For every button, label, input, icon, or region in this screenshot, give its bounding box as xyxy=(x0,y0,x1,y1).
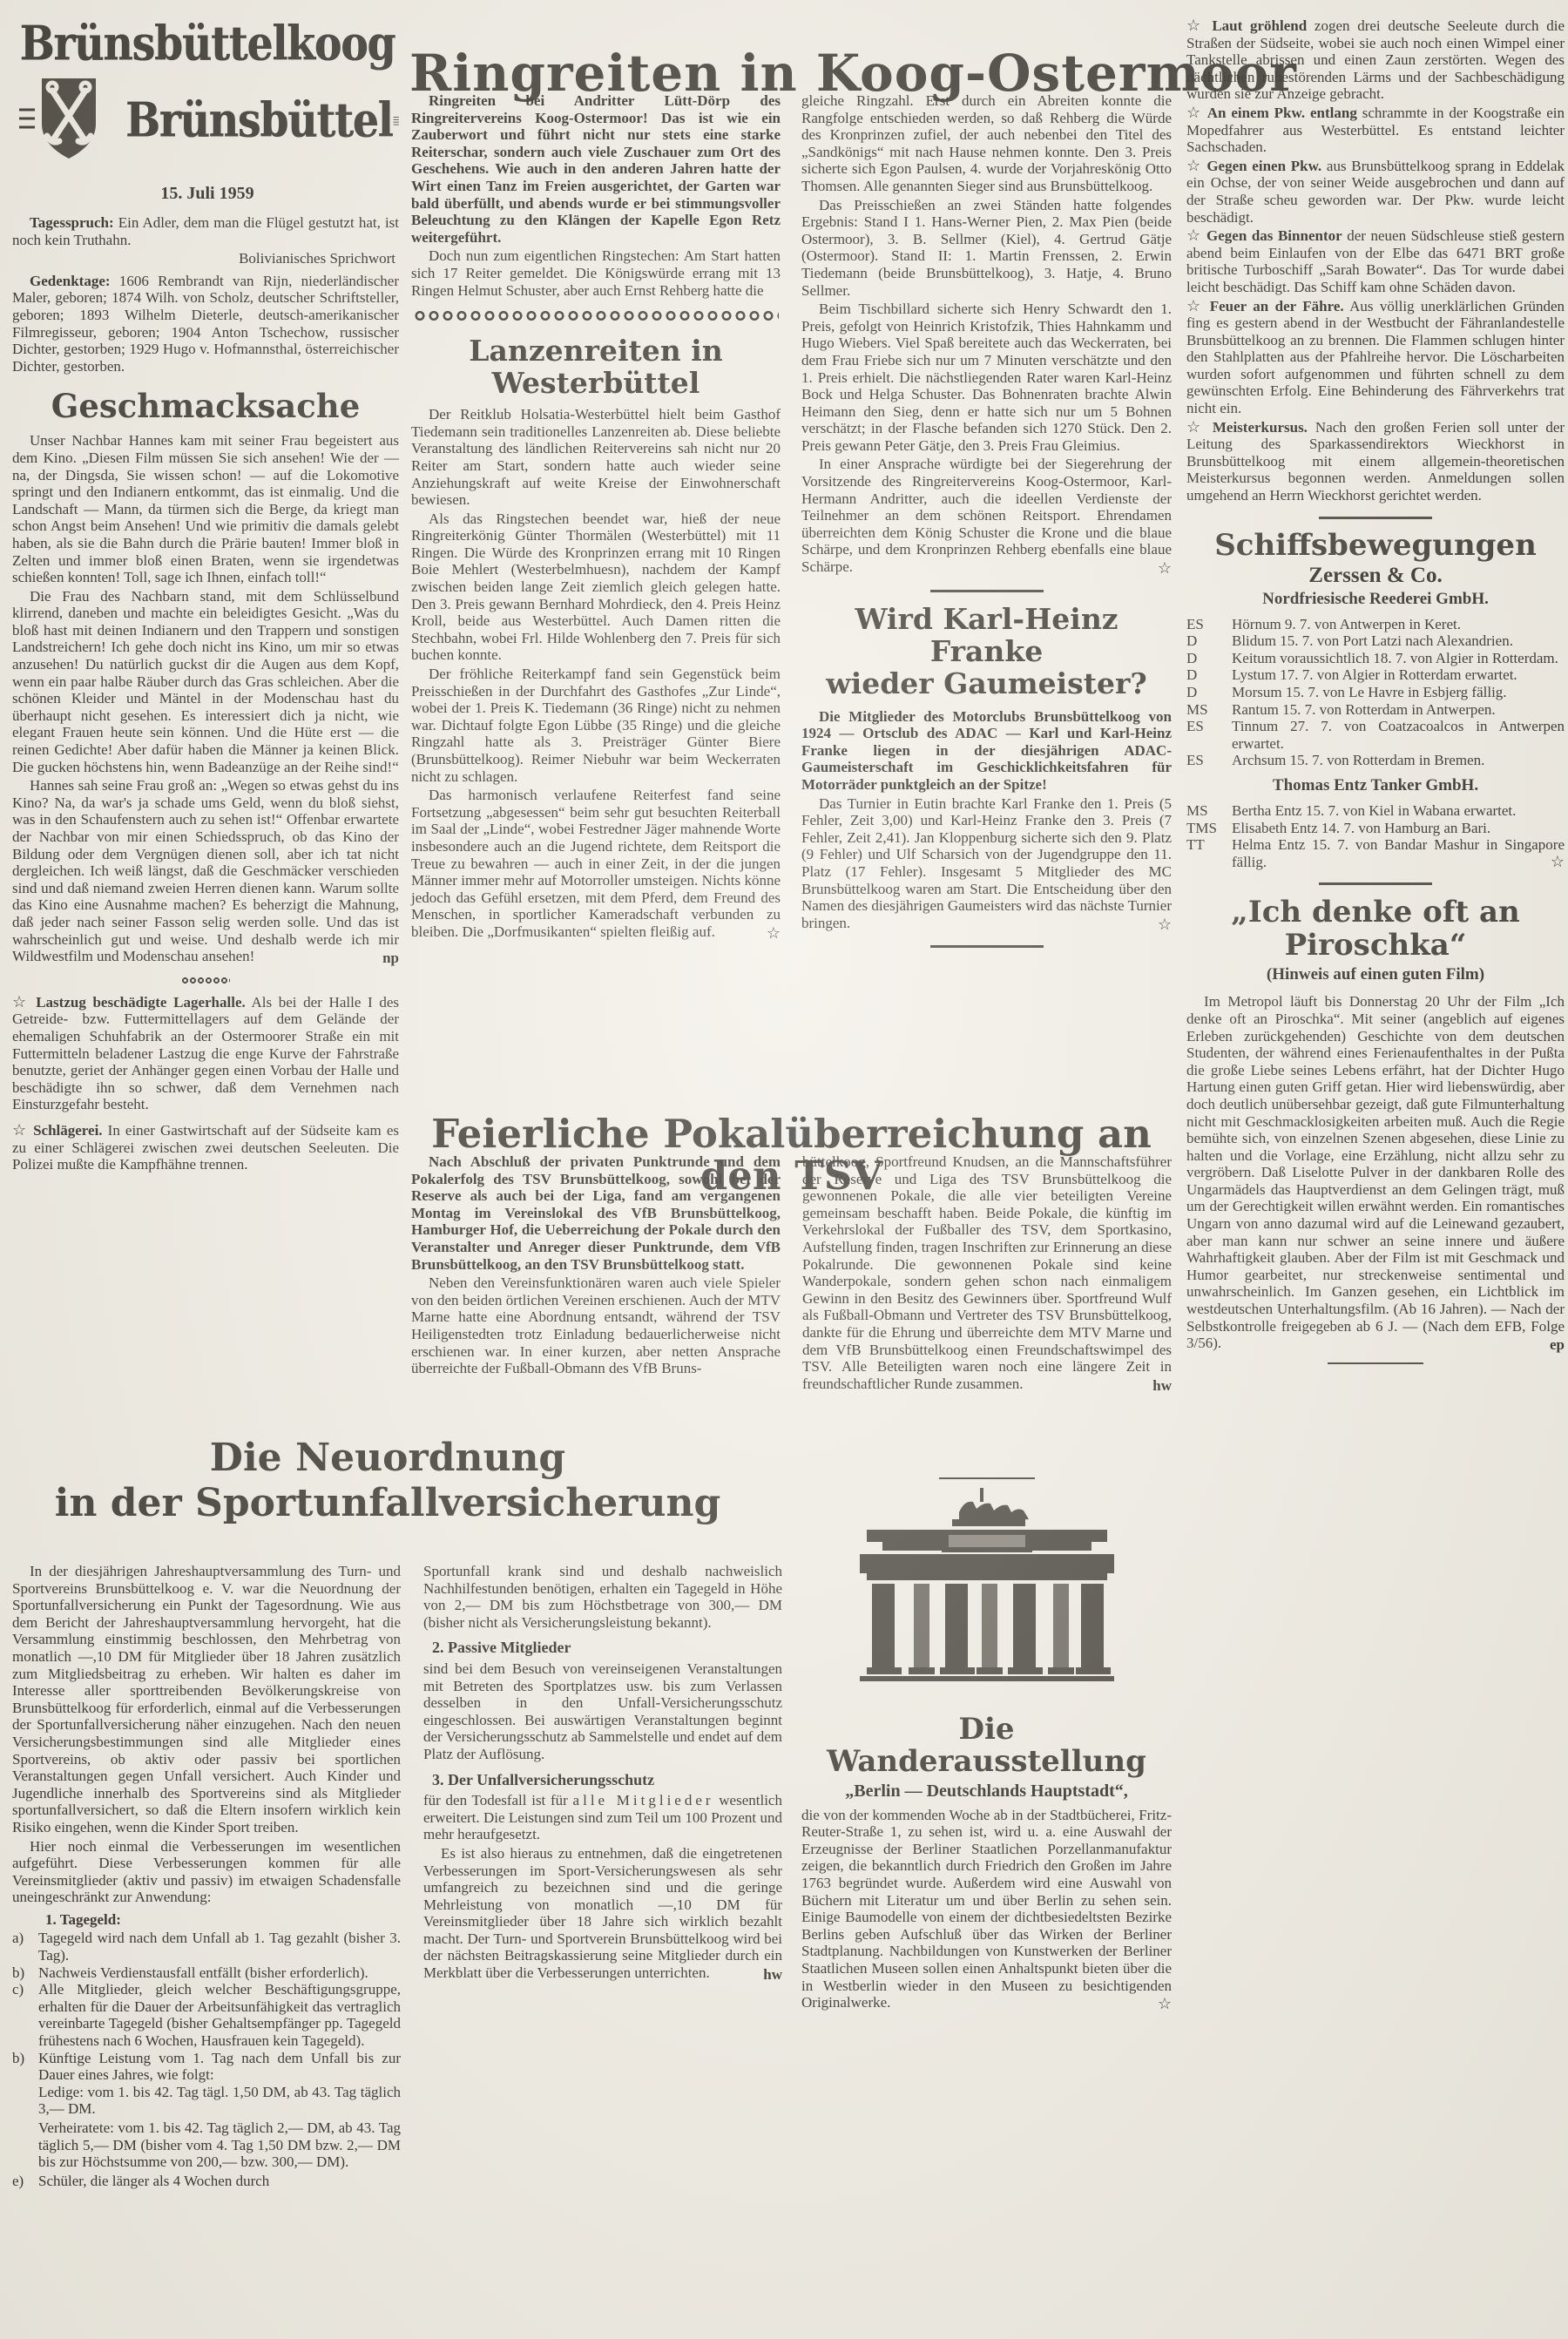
ship-movement: Rantum 15. 7. von Rotterdam in Antwerpen… xyxy=(1232,701,1565,719)
ship-type: ES xyxy=(1186,752,1232,769)
brief-lastzug-lead: Lastzug beschädigte Lagerhalle. xyxy=(36,994,246,1011)
article-end-star-icon: ☆ xyxy=(801,916,1172,934)
brief-star-icon: ☆ xyxy=(1186,104,1202,121)
gedenktage-label: Gedenktage: xyxy=(30,273,111,289)
pokal-intro: Nach Abschluß der privaten Punktrunde un… xyxy=(411,1153,781,1273)
section-rule xyxy=(939,1477,1035,1479)
ship-type: D xyxy=(1186,632,1232,650)
unfallversicherungsschutz-heading: 3. Der Unfallversicherungsschutz xyxy=(432,1772,782,1789)
wanderausstellung-body: die von der kommenden Woche ab in der St… xyxy=(801,1807,1172,2011)
geschmacksache-para3: Hannes sah seine Frau groß an: „Wegen so… xyxy=(12,777,399,965)
ship-row: D Keitum voraussichtlich 18. 7. von Algi… xyxy=(1186,650,1565,667)
ringreiten-intro: Ringreiten bei Andritter Lütt-Dörp des R… xyxy=(411,92,781,246)
ship-movement: Lystum 17. 7. von Algier in Rotterdam er… xyxy=(1232,666,1565,684)
list-item-b: b) Nachweis Verdienstausfall entfällt (b… xyxy=(12,1964,401,1982)
ship-type: TT xyxy=(1186,836,1232,870)
pokal-col1: Nach Abschluß der privaten Punktrunde un… xyxy=(411,1153,781,1394)
list-item-c: c) Alle Mitglieder, gleich welcher Besch… xyxy=(12,1981,401,2049)
brief-star-icon: ☆ xyxy=(12,1121,28,1139)
brief-schlaegerei-lead: Schlägerei. xyxy=(33,1122,102,1139)
gaumeister-heading-line2: wieder Gaumeister? xyxy=(801,667,1172,700)
company-nordfriesische: Nordfriesische Reederei GmbH. xyxy=(1186,590,1565,609)
passive-mitglieder-heading: 2. Passive Mitglieder xyxy=(432,1639,782,1657)
neuordnung-c2-para2: sind bei dem Besuch von vereinseigenen V… xyxy=(423,1660,782,1763)
squiggle-divider-icon xyxy=(181,976,230,985)
wave-ornament-icon xyxy=(413,309,779,322)
pokal-article: Nach Abschluß der privaten Punktrunde un… xyxy=(411,1153,1172,1394)
ship-row: TT Helma Entz 15. 7. von Bandar Mashur i… xyxy=(1186,836,1565,870)
brief-laut-groehlend: ☆ Laut gröhlend zogen drei deutsche Seel… xyxy=(1186,17,1565,103)
ship-row: ES Hörnum 9. 7. von Antwerpen in Keret. xyxy=(1186,616,1565,633)
item-label: a) xyxy=(12,1930,38,1964)
ship-type: ES xyxy=(1186,718,1232,752)
wanderausstellung-subheading: „Berlin — Deutschlands Hauptstadt“, xyxy=(801,1781,1172,1802)
brief-star-icon: ☆ xyxy=(1186,418,1205,436)
ship-type: D xyxy=(1186,666,1232,684)
piroschka-byline: ep xyxy=(1186,1336,1565,1354)
ship-movement: Elisabeth Entz 14. 7. von Hamburg an Bar… xyxy=(1232,820,1565,837)
masthead-title-line2: Brünsbüttel xyxy=(125,96,393,146)
ship-row: ES Archsum 15. 7. von Rotterdam in Breme… xyxy=(1186,752,1565,769)
ship-row: MS Bertha Entz 15. 7. von Kiel in Wabana… xyxy=(1186,802,1565,820)
gaumeister-heading-line1: Wird Karl-Heinz Franke xyxy=(801,603,1172,667)
brief-gegen-pkw: ☆ Gegen einen Pkw. aus Brunsbüttelkoog s… xyxy=(1186,158,1565,226)
neuordnung-article: In der diesjährigen Jahreshauptversammlu… xyxy=(12,1563,782,2339)
company-thomas-entz: Thomas Entz Tanker GmbH. xyxy=(1186,776,1565,795)
neuordnung-headline: Die Neuordnung in der Sportunfallversich… xyxy=(17,1436,758,1526)
brief-feuer-faehre: ☆ Feuer an der Fähre. Aus völlig unerklä… xyxy=(1186,298,1565,417)
neuordnung-para2: Hier noch einmal die Verbesserungen im w… xyxy=(12,1838,401,1906)
ringreiten-para-doch: Doch nun zum eigentlichen Ringstechen: A… xyxy=(411,247,781,299)
ship-row: D Blidum 15. 7. von Port Latzi nach Alex… xyxy=(1186,632,1565,650)
ringreiten-ansprache: In einer Ansprache würdigte bei der Sieg… xyxy=(801,456,1172,575)
ship-type: ES xyxy=(1186,616,1232,633)
brief-star-icon: ☆ xyxy=(1186,226,1201,244)
masthead: Brünsbüttelkoog Brünsbüt xyxy=(16,23,399,204)
brief-lastzug: ☆ Lastzug beschädigte Lagerhalle. Als be… xyxy=(12,994,399,1113)
para3-pre: für den Todesfall ist für xyxy=(423,1792,573,1808)
ship-row: D Lystum 17. 7. von Algier in Rotterdam … xyxy=(1186,666,1565,684)
brief-lead: Meisterkursus. xyxy=(1213,419,1308,436)
brief-lead: Gegen das Binnentor xyxy=(1206,227,1342,244)
geschmacksache-para1: Unser Nachbar Hannes kam mit seiner Frau… xyxy=(12,432,399,585)
ship-row: ES Tinnum 27. 7. von Coatzacoalcos in An… xyxy=(1186,718,1565,752)
item-text: Schüler, die länger als 4 Wochen durch xyxy=(38,2173,401,2190)
ringreiten-tischbillard: Beim Tischbillard sicherte sich Henry Sc… xyxy=(801,301,1172,454)
item-text: Tagegeld wird nach dem Unfall ab 1. Tag … xyxy=(38,1930,401,1964)
pokal-col2: büttelkoog, Sportfreund Knudsen, an die … xyxy=(802,1153,1172,1394)
lanzenreiten-para2: Als das Ringstechen beendet war, hieß de… xyxy=(411,510,781,664)
gaumeister-intro: Die Mitglieder des Motorclubs Brunsbütte… xyxy=(801,708,1172,794)
column-c: gleiche Ringzahl. Erst durch ein Abreite… xyxy=(801,92,1172,958)
section-rule xyxy=(930,590,1044,592)
neuordnung-headline-line1: Die Neuordnung xyxy=(17,1436,758,1481)
piroschka-subheading: (Hinweis auf einen guten Film) xyxy=(1186,965,1565,984)
ship-type: D xyxy=(1186,650,1232,667)
piroschka-body: Im Metropol läuft bis Donnerstag 20 Uhr … xyxy=(1186,993,1565,1351)
section-rule xyxy=(1319,882,1432,885)
column-right: ☆ Laut gröhlend zogen drei deutsche Seel… xyxy=(1186,17,1565,1371)
lanzenreiten-heading: Lanzenreiten in Westerbüttel xyxy=(411,335,781,399)
ship-type: TMS xyxy=(1186,820,1232,837)
column-left: Tagesspruch: Ein Adler, dem man die Flüg… xyxy=(12,214,399,1175)
ship-movement: Hörnum 9. 7. von Antwerpen in Keret. xyxy=(1232,616,1565,633)
brief-star-icon: ☆ xyxy=(1186,17,1205,34)
wanderausstellung-section: Die Wanderausstellung „Berlin — Deutschl… xyxy=(801,1469,1172,2013)
brief-lead: An einem Pkw. entlang xyxy=(1207,105,1357,121)
lanzenreiten-para4: Das harmonisch verlaufene Reiterfest fan… xyxy=(411,787,781,940)
column-b: Ringreiten bei Andritter Lütt-Dörp des R… xyxy=(411,92,781,943)
brief-lead: Feuer an der Fähre. xyxy=(1210,298,1344,314)
ringreiten-cont: gleiche Ringzahl. Erst durch ein Abreite… xyxy=(801,92,1172,195)
flourish-right-icon xyxy=(393,95,399,147)
list-subitem-ledige: Ledige: vom 1. bis 42. Tag tägl. 1,50 DM… xyxy=(38,2084,401,2118)
gaumeister-body: Das Turnier in Eutin brachte Karl Franke… xyxy=(801,795,1172,932)
item-label: e) xyxy=(12,2173,38,2190)
item-label: b) xyxy=(12,2050,38,2084)
section-rule xyxy=(930,945,1044,948)
ship-row: MS Rantum 15. 7. von Rotterdam in Antwer… xyxy=(1186,701,1565,719)
brief-star-icon: ☆ xyxy=(12,993,30,1011)
list-item-a: a) Tagegeld wird nach dem Unfall ab 1. T… xyxy=(12,1930,401,1964)
brief-lead: Laut gröhlend xyxy=(1212,17,1307,34)
edition-date: 15. Juli 1959 xyxy=(16,184,399,204)
ship-movement: Archsum 15. 7. von Rotterdam in Bremen. xyxy=(1232,752,1565,769)
brief-meisterkursus: ☆ Meisterkursus. Nach den großen Ferien … xyxy=(1186,419,1565,504)
list-item-e: e) Schüler, die länger als 4 Wochen durc… xyxy=(12,2173,401,2190)
ship-row: D Morsum 15. 7. von Le Havre in Esbjerg … xyxy=(1186,684,1565,701)
section-rule xyxy=(1328,1362,1423,1364)
ship-movement: Keitum voraussichtlich 18. 7. von Algier… xyxy=(1232,650,1565,667)
brief-schlaegerei: ☆ Schlägerei. In einer Gastwirtschaft au… xyxy=(12,1122,399,1173)
geschmacksache-para2: Die Frau des Nachbarn stand, mit dem Sch… xyxy=(12,588,399,776)
ship-movement: Blidum 15. 7. von Port Latzi nach Alexan… xyxy=(1232,632,1565,650)
gedenktage: Gedenktage: 1606 Rembrandt van Rijn, nie… xyxy=(12,273,399,375)
neuordnung-col1: In der diesjährigen Jahreshauptversammlu… xyxy=(12,1563,401,2339)
brief-lastzug-text: Als bei der Halle I des Getreide- bzw. F… xyxy=(12,994,399,1113)
ship-type: MS xyxy=(1186,802,1232,820)
item-text: Nachweis Verdienstausfall entfällt (bish… xyxy=(38,1964,401,1982)
wanderausstellung-heading: Die Wanderausstellung xyxy=(801,1714,1172,1778)
brief-pkw-entlang: ☆ An einem Pkw. entlang schrammte in der… xyxy=(1186,105,1565,156)
pokal-col1-para: Neben den Vereinsfunktionären waren auch… xyxy=(411,1274,781,1377)
ringreiten-preisschiessen: Das Preisschießen an zwei Ständen hatte … xyxy=(801,197,1172,300)
masthead-title-line1: Brünsbüttelkoog xyxy=(16,19,399,70)
article-end-star-icon: ☆ xyxy=(801,560,1172,578)
neuordnung-c2-para4: Es ist also hieraus zu entnehmen, daß di… xyxy=(423,1845,782,1982)
tagegeld-list-heading: 1. Tagegeld: xyxy=(45,1911,401,1929)
schiffsbewegungen-heading: Schiffsbewegungen xyxy=(1186,530,1565,562)
ship-movement: Tinnum 27. 7. von Coatzacoalcos in Antwe… xyxy=(1232,718,1565,752)
brief-lead: Gegen einen Pkw. xyxy=(1206,158,1321,174)
section-rule xyxy=(1319,517,1432,519)
tagesspruch: Tagesspruch: Ein Adler, dem man die Flüg… xyxy=(12,214,399,248)
brief-text: Aus völlig unerklärlichen Gründen fing e… xyxy=(1186,298,1565,417)
piroschka-heading: „Ich denke oft an Piroschka“ xyxy=(1186,896,1565,962)
ship-type: D xyxy=(1186,684,1232,701)
newspaper-page: Brünsbüttelkoog Brünsbüt xyxy=(0,0,1568,2339)
tagesspruch-source: Bolivianisches Sprichwort xyxy=(12,250,395,267)
item-label: c) xyxy=(12,1981,38,2049)
brief-star-icon: ☆ xyxy=(1186,157,1202,174)
company-zerssen: Zerssen & Co. xyxy=(1186,564,1565,588)
neuordnung-c2-para3: für den Todesfall ist für alle Mitgliede… xyxy=(423,1792,782,1843)
ship-movement: Bertha Entz 15. 7. von Kiel in Wabana er… xyxy=(1232,802,1565,820)
tagesspruch-label: Tagesspruch: xyxy=(30,214,114,231)
item-label: b) xyxy=(12,1964,38,1982)
ship-type: MS xyxy=(1186,701,1232,719)
list-item-b2: b) Künftige Leistung vom 1. Tag nach dem… xyxy=(12,2050,401,2084)
brief-binnentor: ☆ Gegen das Binnentor der neuen Südschle… xyxy=(1186,227,1565,295)
item-text: Künftige Leistung vom 1. Tag nach dem Un… xyxy=(38,2050,401,2084)
brief-star-icon: ☆ xyxy=(1186,297,1203,314)
lanzenreiten-para3: Der fröhliche Reiterkampf fand sein Gege… xyxy=(411,666,781,785)
list-subitem-verheiratete: Verheiratete: vom 1. bis 42. Tag täglich… xyxy=(38,2119,401,2171)
para3-spaced-emphasis: alle Mitglieder xyxy=(573,1792,714,1808)
neuordnung-para1: In der diesjährigen Jahreshauptversammlu… xyxy=(12,1563,401,1836)
city-crest-icon xyxy=(16,71,120,170)
neuordnung-c2-para1: Sportunfall krank sind und deshalb nachw… xyxy=(423,1563,782,1631)
pokal-col2-para: büttelkoog, Sportfreund Knudsen, an die … xyxy=(802,1153,1172,1392)
ship-movement: Helma Entz 15. 7. von Bandar Mashur in S… xyxy=(1232,836,1565,870)
neuordnung-col2: Sportunfall krank sind und deshalb nachw… xyxy=(423,1563,782,2339)
lanzenreiten-para1: Der Reitklub Holsatia-Westerbüttel hielt… xyxy=(411,406,781,509)
ship-row: TMS Elisabeth Entz 14. 7. von Hamburg an… xyxy=(1186,820,1565,837)
neuordnung-headline-line2: in der Sportunfallversicherung xyxy=(17,1481,758,1526)
item-text: Alle Mitglieder, gleich welcher Beschäft… xyxy=(38,1981,401,2049)
geschmacksache-heading: Geschmacksache xyxy=(12,389,399,423)
brandenburg-gate-illustration xyxy=(801,1486,1172,1708)
ship-movement: Morsum 15. 7. von Le Havre in Esbjerg fä… xyxy=(1232,684,1565,701)
